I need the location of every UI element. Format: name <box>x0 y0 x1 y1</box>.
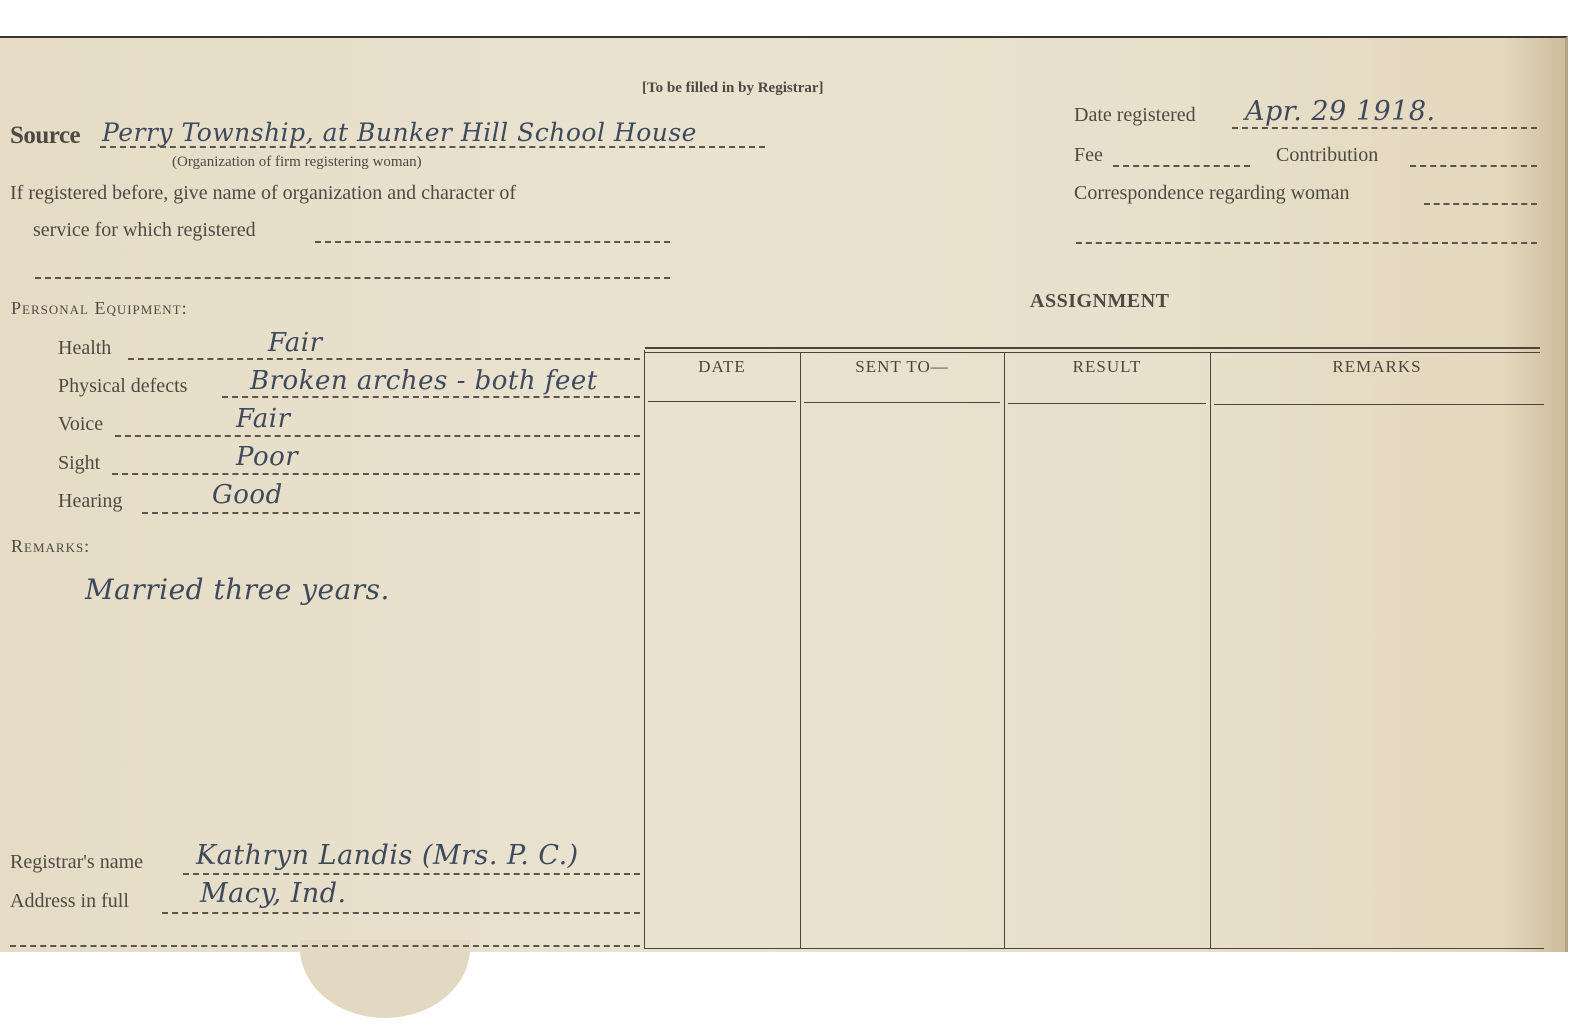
correspondence-label: Correspondence regarding woman <box>1074 182 1349 205</box>
column-divider-1 <box>800 353 801 948</box>
registrar-name-label: Registrar's name <box>10 851 143 874</box>
column-header-remarks: REMARKS <box>1210 357 1544 377</box>
remarks-value[interactable]: Married three years. <box>85 573 390 606</box>
fee-label: Fee <box>1074 144 1103 167</box>
remarks-heading: Remarks: <box>11 536 90 557</box>
sight-line <box>112 473 640 475</box>
correspondence-line-2[interactable] <box>1076 242 1537 244</box>
address-line-2[interactable] <box>10 945 640 947</box>
health-value[interactable]: Fair <box>268 328 323 358</box>
column-divider-2 <box>1004 353 1005 948</box>
hearing-line <box>142 512 640 514</box>
health-line <box>128 358 640 360</box>
hearing-value[interactable]: Good <box>212 480 283 510</box>
date-registered-label: Date registered <box>1074 104 1196 127</box>
voice-value[interactable]: Fair <box>236 404 291 434</box>
column-header-date: DATE <box>644 357 800 377</box>
voice-label: Voice <box>58 413 103 436</box>
source-caption: (Organization of firm registering woman) <box>172 154 422 171</box>
date-registered-value[interactable]: Apr. 29 1918. <box>1245 96 1436 127</box>
address-value[interactable]: Macy, Ind. <box>200 878 347 909</box>
previous-registration-line-2[interactable] <box>35 277 670 279</box>
column-header-result: RESULT <box>1004 357 1210 377</box>
voice-line <box>115 435 640 437</box>
sight-value[interactable]: Poor <box>236 442 298 472</box>
table-cell-sent-to[interactable] <box>802 405 1002 946</box>
previous-registration-line[interactable] <box>315 241 670 243</box>
registrar-name-value[interactable]: Kathryn Landis (Mrs. P. C.) <box>196 840 579 871</box>
source-label: Source <box>10 122 80 150</box>
address-label: Address in full <box>10 890 129 913</box>
assignment-title: ASSIGNMENT <box>1030 290 1169 313</box>
registrar-note: [To be filled in by Registrar] <box>642 80 824 97</box>
previous-registration-line1: If registered before, give name of organ… <box>10 182 516 205</box>
registrar-name-line <box>183 873 640 875</box>
table-cell-result[interactable] <box>1006 405 1208 946</box>
personal-equipment-heading: Personal Equipment: <box>11 298 188 319</box>
correspondence-line[interactable] <box>1424 203 1537 205</box>
physical-defects-line <box>222 396 640 398</box>
header-separator-result <box>1008 403 1206 404</box>
table-left-border <box>644 350 645 948</box>
date-registered-line <box>1232 127 1537 129</box>
column-divider-3 <box>1210 353 1211 948</box>
hearing-label: Hearing <box>58 490 122 513</box>
fee-line[interactable] <box>1113 165 1250 167</box>
contribution-label: Contribution <box>1276 144 1378 167</box>
contribution-line[interactable] <box>1410 165 1537 167</box>
sight-label: Sight <box>58 452 100 475</box>
health-label: Health <box>58 337 111 360</box>
source-value[interactable]: Perry Township, at Bunker Hill School Ho… <box>102 118 697 147</box>
table-top-border <box>645 347 1540 349</box>
header-separator-date <box>648 401 796 402</box>
column-header-sent-to: SENT TO— <box>800 357 1004 377</box>
previous-registration-line2: service for which registered <box>33 219 256 242</box>
physical-defects-label: Physical defects <box>58 375 187 398</box>
table-top-border-inner <box>645 352 1540 353</box>
address-line <box>162 912 640 914</box>
physical-defects-value[interactable]: Broken arches - both feet <box>250 366 598 396</box>
table-cell-remarks[interactable] <box>1212 405 1542 946</box>
card-tab <box>300 940 470 1018</box>
header-separator-sent-to <box>804 402 1000 403</box>
table-bottom-border <box>644 948 1544 949</box>
table-cell-date[interactable] <box>646 405 798 946</box>
